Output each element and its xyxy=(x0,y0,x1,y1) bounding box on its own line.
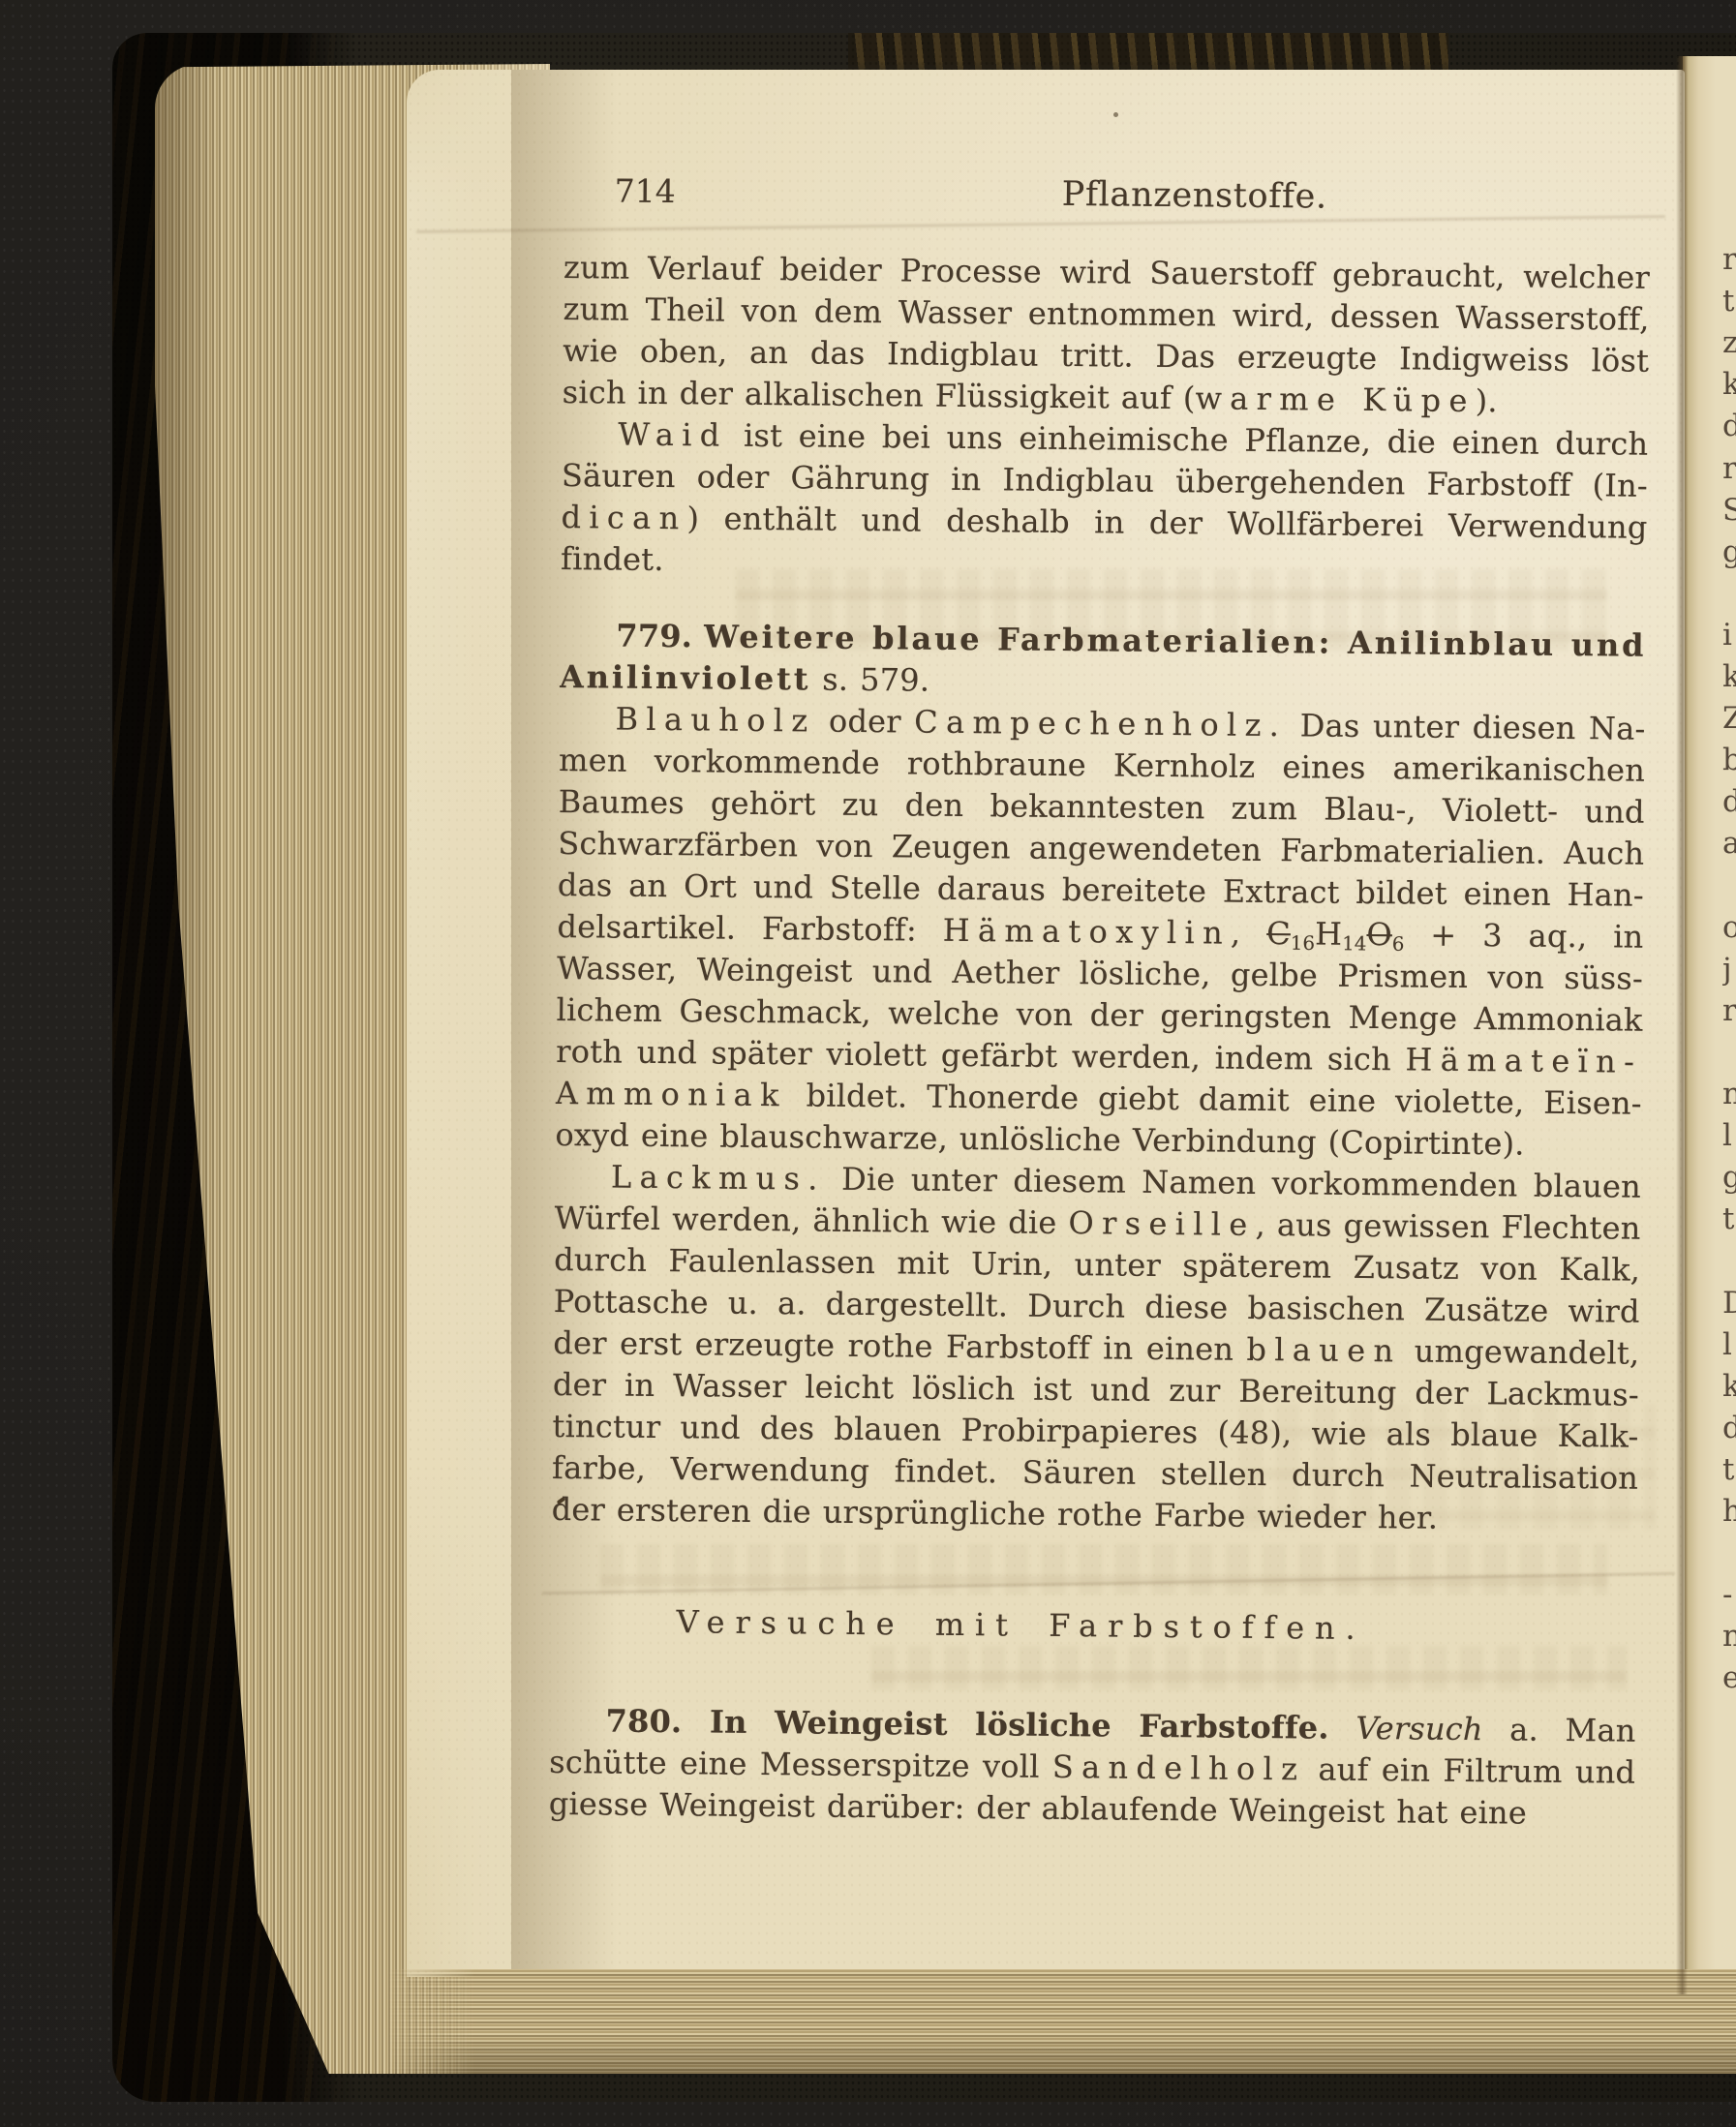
text-segment: zum Verlauf beider Processe wird Sauerst… xyxy=(563,249,1650,296)
text-segment: Versuch xyxy=(1355,1710,1483,1747)
edge-letter-fragment: r xyxy=(1722,448,1736,490)
text-segment: 16 xyxy=(1291,932,1315,955)
paragraph: Blauholz oder Campechenholz. Das unter d… xyxy=(555,698,1645,1167)
text-segment: delsartikel. Farbstoff: xyxy=(557,908,943,949)
ink-speck xyxy=(1113,112,1118,117)
edge-letter-fragment: i xyxy=(1722,615,1736,656)
edge-letter-fragment: r xyxy=(1722,239,1736,281)
edge-letter-fragment: n xyxy=(1722,1616,1736,1657)
text-segment: ). xyxy=(1476,382,1498,419)
text-segment: findet. xyxy=(561,540,664,578)
text-segment: Hämateïn- xyxy=(1405,1041,1642,1079)
text-segment: der erst erzeugte rothe Farbstoff in ein… xyxy=(553,1324,1247,1368)
text-segment: der in Wasser leicht löslich ist und zur… xyxy=(553,1366,1639,1413)
edge-letter-fragment: j xyxy=(1722,949,1736,990)
paragraph: 779. Weitere blaue Farbmaterialien: Anil… xyxy=(560,615,1647,709)
text-segment: Orseille xyxy=(1068,1204,1255,1243)
text-segment: Hämatoxylin xyxy=(943,912,1232,952)
body-text: zum Verlauf beider Processe wird Sauerst… xyxy=(549,247,1651,1836)
text-segment: das an Ort und Stelle daraus bereitete E… xyxy=(558,866,1644,914)
text-segment: , aus gewissen Flechten xyxy=(1255,1206,1640,1247)
edge-letter-fragment: l xyxy=(1722,1324,1736,1366)
text-segment: roth und später violett gefärbt werden, … xyxy=(556,1033,1406,1078)
text-segment: dican xyxy=(561,499,686,536)
text-segment: H xyxy=(1315,915,1342,952)
section-heading: Versuche mit Farbstoffen. xyxy=(550,1600,1636,1653)
book-photo: rtzkdrSgikZbdaojrnlgtDlkdth-ne 714 Pflan… xyxy=(0,0,1736,2127)
text-segment: oxyd eine blauschwarze, unlösliche Verbi… xyxy=(555,1116,1525,1163)
edge-letter-fragment: k xyxy=(1722,364,1736,406)
edge-letter-fragment: d xyxy=(1722,1408,1736,1449)
page-stack-bottom-edge xyxy=(387,1969,1736,2074)
text-segment xyxy=(1329,1710,1356,1747)
text-segment: ist eine bei uns einheimische Pflanze, d… xyxy=(727,417,1648,463)
text-segment: Das unter diesen Na- xyxy=(1287,707,1646,747)
text-column: 714 Pflanzenstoffe. zum Verlauf beider P… xyxy=(549,169,1651,1836)
text-segment: giesse Weingeist darüber: der ablaufende… xyxy=(549,1785,1528,1832)
text-segment: + 3 aq., in xyxy=(1404,916,1643,955)
text-segment: Säuren oder Gährung in Indigblau übergeh… xyxy=(562,457,1648,504)
edge-letter-fragment: g xyxy=(1722,532,1736,573)
text-segment: Versuche mit Farbstoffen. xyxy=(676,1603,1365,1647)
text-segment: Pottasche u. a. dargestellt. Durch diese… xyxy=(554,1283,1640,1330)
edge-letter-fragment: r xyxy=(1722,990,1736,1032)
text-segment: Ammoniak xyxy=(556,1075,787,1113)
paragraph: Waid ist eine bei uns einheimische Pflan… xyxy=(561,413,1649,591)
text-segment: Schwarzfärben von Zeugen angewendeten Fa… xyxy=(558,825,1644,872)
text-segment xyxy=(692,618,704,654)
edge-letter-fragment: t xyxy=(1722,1449,1736,1491)
text-segment: ) enthält und deshalb in der Wollfärbere… xyxy=(686,500,1647,546)
text-segment: Anilinviolett xyxy=(560,658,811,697)
edge-letter-fragment: - xyxy=(1722,1574,1736,1616)
text-segment: tinctur und des blauen Probirpapieres (4… xyxy=(552,1408,1638,1455)
text-segment: schütte eine Messerspitze voll xyxy=(549,1744,1052,1785)
text-segment: Baumes gehört zu den bekanntesten zum Bl… xyxy=(559,783,1645,831)
text-segment: C xyxy=(1266,915,1291,952)
edge-letter-fragment: t xyxy=(1722,281,1736,322)
text-segment: a. Man xyxy=(1482,1711,1635,1749)
text-segment: , xyxy=(1231,915,1267,952)
edge-letter-fragment: S xyxy=(1722,490,1736,532)
text-segment: s. 579. xyxy=(810,660,929,698)
edge-letter-fragment: b xyxy=(1722,740,1736,781)
text-segment: O xyxy=(1366,916,1392,953)
page-edge-crease xyxy=(1676,56,1688,1994)
edge-letter-fragment: D xyxy=(1722,1283,1736,1324)
edge-letter-fragment: z xyxy=(1722,322,1736,364)
edge-letter-fragment: h xyxy=(1722,1491,1736,1533)
text-segment: Würfel werden, ähnlich wie die xyxy=(554,1200,1068,1241)
text-segment: warme Küpe xyxy=(1195,380,1476,419)
text-segment: 6 xyxy=(1392,933,1405,956)
edge-letter-fragment: k xyxy=(1722,1366,1736,1408)
edge-letter-fragment: Z xyxy=(1722,698,1736,740)
text-segment: Blauholz xyxy=(615,701,815,740)
edge-letter-fragment: t xyxy=(1722,1199,1736,1240)
edge-letter-fragment: o xyxy=(1722,907,1736,949)
text-segment: lichem Geschmack, welche von der gerings… xyxy=(556,991,1642,1039)
text-segment: Weitere blaue Farbmaterialien: Anilinbla… xyxy=(704,618,1647,663)
edge-letter-fragment: d xyxy=(1722,406,1736,447)
text-segment: Wasser, Weingeist und Aether lösliche, g… xyxy=(557,950,1643,997)
edge-letter-fragment: k xyxy=(1722,656,1736,698)
edge-letter-fragment: a xyxy=(1722,823,1736,865)
text-segment: 780. In Weingeist lösliche Farbstoffe. xyxy=(605,1702,1328,1746)
text-segment: farbe, Verwendung findet. Säuren stellen… xyxy=(552,1449,1638,1497)
text-segment: zum Theil von dem Wasser entnommen wird,… xyxy=(563,290,1649,338)
text-segment: Lackmus. xyxy=(611,1159,826,1198)
edge-letter-fragment: d xyxy=(1722,781,1736,823)
paragraph: Versuche mit Farbstoffen. xyxy=(550,1600,1636,1653)
text-segment: Campechenholz. xyxy=(914,703,1287,744)
paragraph: Lackmus. Die unter diesem Namen vorkomme… xyxy=(552,1156,1642,1541)
text-segment: der ersteren die ursprüngliche rothe Far… xyxy=(552,1491,1439,1536)
text-segment: bildet. Thonerde giebt damit eine violet… xyxy=(787,1077,1642,1121)
text-segment: Waid xyxy=(618,416,728,454)
text-segment: durch Faulenlassen mit Urin, unter späte… xyxy=(554,1241,1640,1289)
text-segment: oder xyxy=(815,703,914,741)
paragraph: zum Verlauf beider Processe wird Sauerst… xyxy=(563,247,1651,424)
edge-letter-fragment: g xyxy=(1722,1157,1736,1199)
text-segment: men vorkommende rothbraune Kernholz eine… xyxy=(559,742,1645,789)
text-segment: auf ein Filtrum und xyxy=(1305,1750,1635,1790)
text-segment: 14 xyxy=(1342,932,1366,955)
edge-letter-fragment: n xyxy=(1722,1074,1736,1115)
text-segment: Sandelholz xyxy=(1052,1748,1306,1788)
paragraph: 780. In Weingeist lösliche Farbstoffe. V… xyxy=(549,1700,1636,1836)
text-segment: sich in der alkalischen Flüssigkeit auf … xyxy=(563,374,1196,416)
text-segment: 779. xyxy=(616,618,692,655)
text-segment: Die unter diesem Namen vorkommenden blau… xyxy=(826,1161,1642,1205)
text-segment: umgewandelt, xyxy=(1401,1332,1639,1371)
text-segment: blauen xyxy=(1246,1331,1401,1370)
edge-letter-fragment: l xyxy=(1722,1115,1736,1157)
text-segment: wie oben, an das Indigblau tritt. Das er… xyxy=(563,332,1649,380)
edge-letter-fragment: e xyxy=(1722,1657,1736,1699)
